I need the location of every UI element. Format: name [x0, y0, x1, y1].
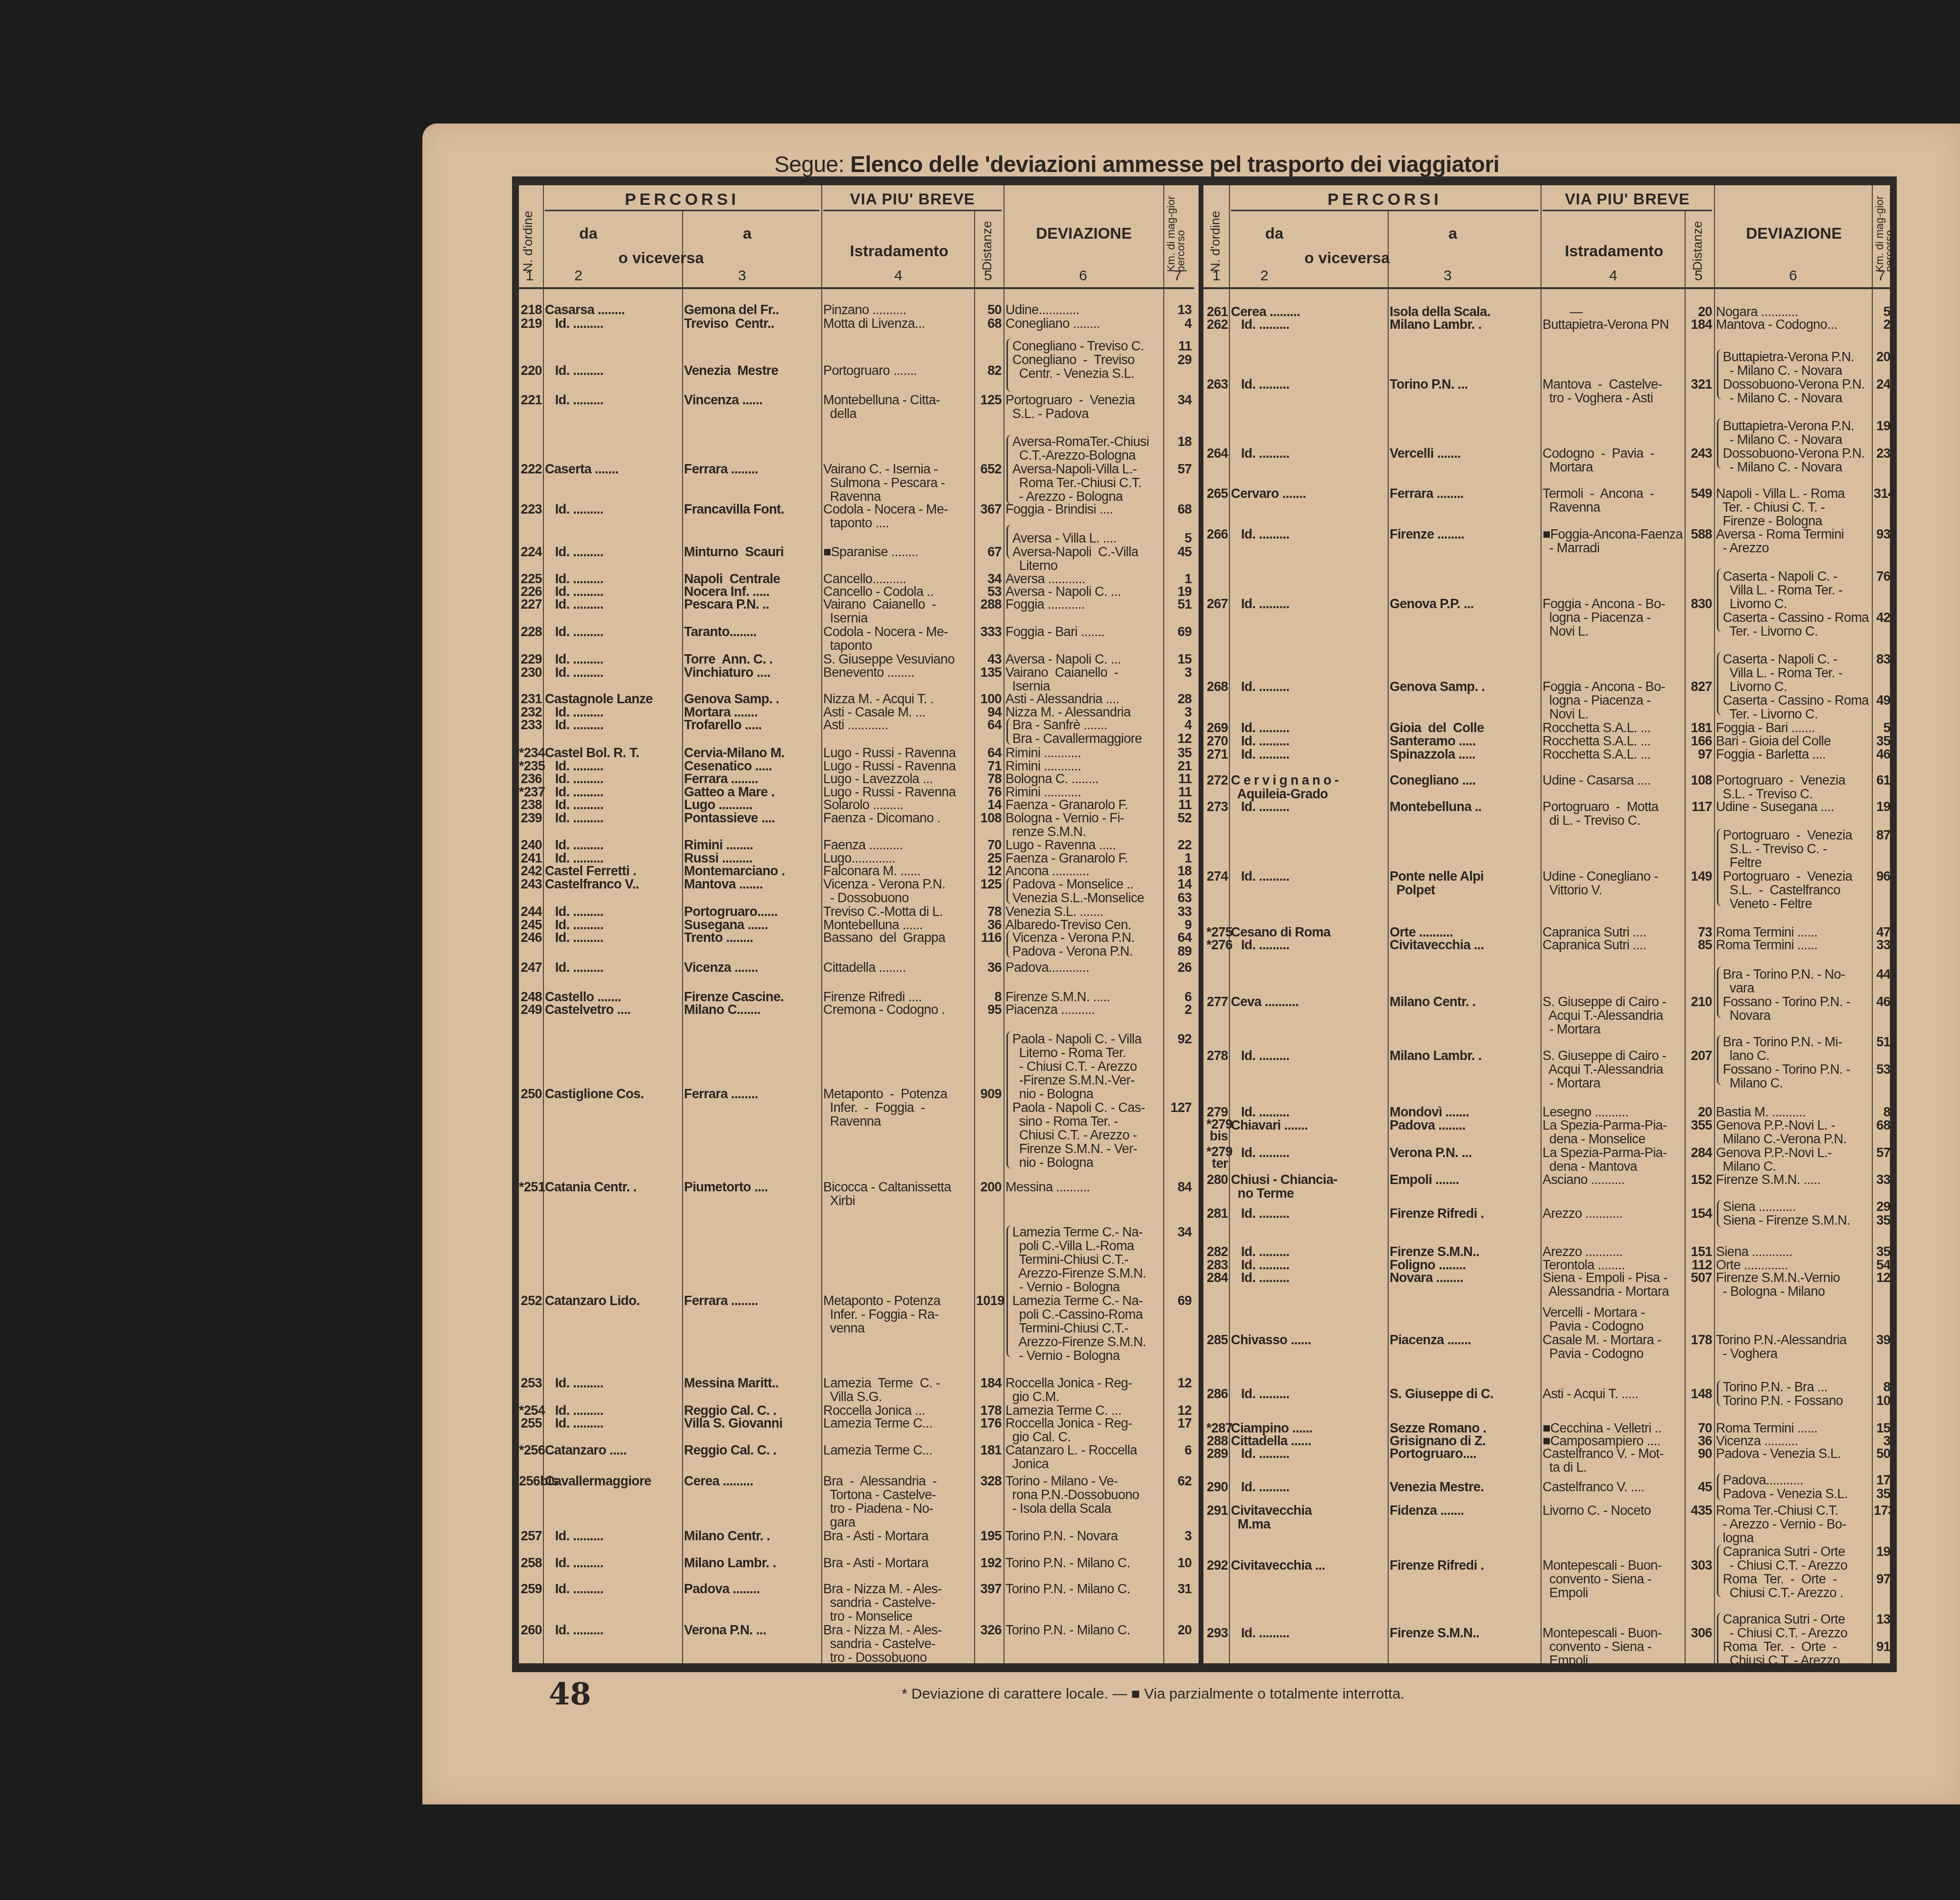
- routing: Lugo - Russi - Ravenna: [823, 785, 975, 799]
- row-number: 239: [519, 811, 542, 825]
- destination-station: Milano Centr. .: [1390, 995, 1539, 1009]
- destination-station: Pescara P.N. ..: [684, 597, 819, 611]
- row-number: 274: [1206, 869, 1228, 883]
- page-title-main: Elenco delle 'deviazioni ammesse pel tra…: [850, 151, 1499, 177]
- deviation-route: Rimini ...........: [1005, 785, 1162, 799]
- deviation-route: Foggia - Bari .......: [1005, 625, 1162, 639]
- routing: Bra - Alessandria - Tortona - Castelve- …: [823, 1474, 975, 1529]
- row-number: 261: [1206, 305, 1228, 319]
- distance-km: 184: [1687, 318, 1712, 331]
- deviation-route: Torino P.N. - Milano C.: [1005, 1556, 1162, 1570]
- left-viabreve-rule: [823, 210, 1002, 211]
- extra-km: 15: [1165, 652, 1192, 666]
- extra-km: 20: [1165, 1623, 1192, 1637]
- right-header-colnum-2: 2: [1260, 268, 1269, 284]
- brace-icon: [1717, 349, 1723, 399]
- routing: Castelfranco V. ....: [1543, 1480, 1686, 1494]
- deviation-route: Bastia M. ..........: [1716, 1105, 1872, 1119]
- deviation-route: Aversa - Roma Termini - Arezzo: [1716, 527, 1872, 555]
- routing: Cancello..........: [823, 572, 975, 586]
- extra-km: 1: [1165, 851, 1192, 865]
- extra-km: 3: [1165, 666, 1192, 679]
- routing: S. Giuseppe di Cairo - Acqui T.-Alessand…: [1543, 1049, 1686, 1090]
- extra-km: 35: [1874, 734, 1890, 748]
- deviation-route: Vairano Caianello - Isernia: [1005, 666, 1162, 693]
- extra-km: 173: [1874, 1504, 1890, 1517]
- origin-station: Id. .........: [545, 652, 681, 666]
- destination-station: Isola della Scala.: [1390, 305, 1539, 319]
- header-rule-left: [519, 287, 1194, 289]
- extra-km: 18: [1165, 864, 1192, 878]
- row-number: 221: [519, 393, 542, 407]
- deviation-route: Foggia - Brindisi ....: [1005, 502, 1162, 516]
- extra-km: 76 42: [1874, 569, 1890, 624]
- extra-km: 15: [1874, 1421, 1890, 1435]
- routing: Cittadella ........: [823, 961, 975, 974]
- distance-km: 108: [1687, 773, 1712, 787]
- routing: Terontola ........: [1543, 1258, 1686, 1272]
- routing: Portogruaro - Motta di L. - Treviso C.: [1543, 800, 1686, 827]
- distance-km: 78: [976, 905, 1002, 918]
- routing: Montepescali - Buon- convento - Siena - …: [1543, 1626, 1686, 1667]
- row-number: 278: [1206, 1049, 1228, 1062]
- deviation-route: Bologna C. ........: [1005, 772, 1162, 786]
- left-header-colnum-4: 4: [894, 268, 903, 284]
- destination-station: Cesenatico .....: [684, 759, 819, 773]
- extra-km: 12: [1165, 1404, 1192, 1417]
- deviation-route: Napoli - Villa L. - Roma Ter. - Chiusi C…: [1716, 487, 1872, 528]
- routing: Solarolo .........: [823, 798, 975, 812]
- deviation-route: Lamezia Terme C. ...: [1005, 1404, 1162, 1417]
- deviation-route: Aversa - Napoli C. ...: [1005, 585, 1162, 598]
- extra-km: 64 89: [1165, 931, 1192, 958]
- left-col-sep-km: [1163, 185, 1164, 1663]
- deviation-route: Nogara ...........: [1716, 305, 1872, 319]
- row-number: 286: [1206, 1387, 1228, 1401]
- origin-station: Cerea .........: [1231, 305, 1387, 319]
- destination-station: Montemarciano .: [684, 864, 819, 878]
- center-divider: [1199, 185, 1203, 1663]
- distance-km: 549: [1687, 487, 1712, 500]
- deviation-route: Capranica Sutri - Orte - Chiusi C.T. - A…: [1723, 1545, 1879, 1600]
- routing: Lugo - Russi - Ravenna: [823, 746, 975, 760]
- left-col-sep-dev: [1004, 185, 1004, 1663]
- deviation-route: Asti - Alessandria ....: [1005, 692, 1162, 706]
- origin-station: Id. .........: [545, 931, 681, 944]
- destination-station: Pontassieve ....: [684, 811, 819, 825]
- origin-station: Id. .........: [545, 1529, 681, 1543]
- extra-km: 12: [1874, 1271, 1890, 1284]
- destination-station: Conegliano ....: [1390, 773, 1539, 787]
- distance-km: 116: [976, 931, 1002, 944]
- brace-icon: [1717, 966, 1723, 1018]
- origin-station: Id. .........: [1231, 1626, 1387, 1640]
- row-number: 218: [519, 303, 542, 317]
- routing: Faenza ..........: [823, 838, 975, 852]
- deviation-route: Roccella Jonica - Reg- gio C.M.: [1005, 1376, 1162, 1404]
- origin-station: Id. .........: [545, 838, 681, 852]
- origin-station: Id. .........: [1231, 1105, 1387, 1119]
- brace-icon: [1006, 718, 1013, 745]
- row-number: 258: [519, 1556, 542, 1570]
- origin-station: Id. .........: [545, 705, 681, 719]
- routing: Udine - Casarsa ....: [1543, 773, 1686, 787]
- routing: Asti ............: [823, 718, 975, 732]
- routing: Bicocca - Caltanissetta Xirbi: [823, 1180, 975, 1208]
- routing: Pinzano ..........: [823, 303, 975, 317]
- distance-km: 178: [976, 1404, 1002, 1417]
- origin-station: Castello .......: [545, 990, 681, 1004]
- routing: Cremona - Codogno .: [823, 1003, 975, 1016]
- origin-station: Id. .........: [545, 625, 681, 639]
- routing: Cancello - Codola ..: [823, 585, 975, 598]
- right-header-colnum-7: 7: [1877, 268, 1886, 284]
- extra-km: 29 35: [1874, 1200, 1890, 1227]
- brace-icon: [1717, 1035, 1723, 1086]
- origin-station: Id. .........: [1231, 318, 1387, 331]
- distance-km: 243: [1687, 446, 1712, 460]
- origin-station: Id. .........: [545, 851, 681, 865]
- row-number: 252: [519, 1294, 542, 1308]
- destination-station: Milano C.......: [684, 1003, 819, 1016]
- extra-km: 57: [1874, 1146, 1890, 1160]
- row-number: 268: [1206, 680, 1228, 693]
- brace-icon: [1717, 1545, 1723, 1598]
- row-number: 271: [1206, 747, 1228, 761]
- row-number: 265: [1206, 487, 1228, 500]
- routing: Montepescali - Buon- convento - Siena - …: [1543, 1558, 1686, 1600]
- extra-km: 50: [1874, 1447, 1890, 1460]
- extra-km: 8: [1874, 1105, 1890, 1119]
- deviation-route: Padova - Venezia S.L.: [1716, 1447, 1872, 1460]
- row-number: 245: [519, 918, 542, 932]
- right-header-a: a: [1448, 224, 1457, 243]
- routing: Asciano ..........: [1543, 1173, 1686, 1186]
- right-col-sep-istr: [1541, 185, 1542, 1663]
- origin-station: Id. .........: [1231, 1258, 1387, 1272]
- distance-km: 36: [1687, 1434, 1712, 1448]
- deviation-route: Paola - Napoli C. - Villa Literno - Roma…: [1012, 1032, 1169, 1169]
- extra-km: 51 53: [1874, 1035, 1890, 1076]
- brace-icon: [1006, 1031, 1013, 1169]
- row-number: 244: [519, 905, 542, 918]
- origin-station: Id. .........: [1231, 1387, 1387, 1401]
- extra-km: 19: [1165, 585, 1192, 598]
- row-number: 231: [519, 692, 542, 706]
- extra-km: 18 57: [1165, 435, 1192, 476]
- right-percorsi-rule: [1231, 210, 1539, 211]
- origin-station: Ceva ..........: [1231, 995, 1387, 1009]
- brace-icon: [1717, 568, 1723, 632]
- deviation-route: Bra - Sanfrè ....... Bra - Cavallermaggi…: [1012, 718, 1169, 745]
- deviation-route: Roma Termini ......: [1716, 1421, 1872, 1435]
- extra-km: 3: [1165, 1529, 1192, 1543]
- routing: Lugo - Lavezzola ...: [823, 772, 975, 786]
- extra-km: 26: [1165, 961, 1192, 974]
- extra-km: 68: [1165, 502, 1192, 516]
- destination-station: Piacenza .......: [1390, 1333, 1539, 1347]
- deviation-route: Siena ........... Siena - Firenze S.M.N.: [1723, 1200, 1879, 1227]
- extra-km: 21: [1165, 759, 1192, 773]
- routing: Benevento ........: [823, 666, 975, 679]
- deviation-route: Bra - Torino P.N. - No- vara Fossano - T…: [1723, 967, 1879, 1022]
- routing: —: [1543, 305, 1686, 319]
- origin-station: Id. .........: [545, 1582, 681, 1596]
- origin-station: Cittadella ......: [1231, 1434, 1387, 1448]
- right-header-percorsi: PERCORSI: [1231, 190, 1539, 209]
- distance-km: 12: [976, 864, 1002, 878]
- deviation-route: Caserta - Napoli C. - Villa L. - Roma Te…: [1723, 569, 1879, 638]
- destination-station: Messina Maritt..: [684, 1376, 819, 1390]
- row-number: 253: [519, 1376, 542, 1390]
- origin-station: Id. .........: [545, 572, 681, 586]
- origin-station: Catanzaro .....: [545, 1443, 681, 1457]
- origin-station: Cervaro .......: [1231, 487, 1387, 500]
- row-number: 289: [1206, 1447, 1228, 1460]
- row-number: *251: [519, 1180, 542, 1194]
- extra-km: 83 49: [1874, 652, 1890, 707]
- destination-station: Nocera Inf. .....: [684, 585, 819, 598]
- extra-km: 3: [1874, 1434, 1890, 1448]
- extra-km: 84: [1165, 1180, 1192, 1194]
- origin-station: Castiglione Cos.: [545, 1087, 681, 1101]
- deviation-route: Faenza - Granarolo F.: [1005, 798, 1162, 812]
- left-col-sep-istr: [821, 185, 822, 1663]
- routing: Capranica Sutri ....: [1543, 925, 1686, 939]
- deviation-route: Padova - Monselice .. Venezia S.L.-Monse…: [1012, 877, 1169, 905]
- extra-km: 6: [1165, 990, 1192, 1004]
- right-header-istradamento: Istradamento: [1543, 242, 1686, 260]
- destination-station: Genova P.P. ...: [1390, 597, 1539, 611]
- routing: La Spezia-Parma-Pia- dena - Mantova: [1543, 1146, 1686, 1173]
- left-percorsi-rule: [545, 210, 819, 211]
- row-number: 288: [1206, 1434, 1228, 1448]
- routing: Asti - Acqui T. .....: [1543, 1387, 1686, 1401]
- distance-km: 70: [976, 838, 1002, 852]
- row-number: 262: [1206, 318, 1228, 331]
- deviation-route: Lamezia Terme C.- Na- poli C.-Villa L.-R…: [1012, 1225, 1169, 1362]
- extra-km: 22: [1165, 838, 1192, 852]
- destination-station: Milano Lambr. .: [1390, 1049, 1539, 1062]
- brace-icon: [1717, 1612, 1723, 1666]
- routing: ■Sparanise ........: [823, 545, 975, 559]
- origin-station: Civitavecchia M.ma: [1231, 1504, 1387, 1531]
- destination-station: Genova Samp. .: [684, 692, 819, 706]
- origin-station: Cesano di Roma: [1231, 925, 1387, 939]
- routing: ■Camposampiero ....: [1543, 1434, 1686, 1448]
- routing: S. Giuseppe di Cairo - Acqui T.-Alessand…: [1543, 995, 1686, 1036]
- row-number: 248: [519, 990, 542, 1004]
- brace-icon: [1006, 435, 1013, 505]
- distance-km: 333: [976, 625, 1002, 639]
- row-number: *287: [1206, 1421, 1228, 1435]
- extra-km: 17 35: [1874, 1473, 1890, 1501]
- deviation-route: Roccella Jonica - Reg- gio Cal. C.: [1005, 1416, 1162, 1444]
- deviation-route: Bari - Gioia del Colle: [1716, 734, 1872, 748]
- extra-km: 12: [1165, 1376, 1192, 1390]
- distance-km: 152: [1687, 1173, 1712, 1186]
- origin-station: Id. .........: [545, 811, 681, 825]
- row-number: 227: [519, 597, 542, 611]
- right-header-deviazione: DEVIAZIONE: [1716, 224, 1872, 243]
- left-header-colnum-5: 5: [984, 268, 992, 284]
- destination-station: Gioia del Colle: [1390, 721, 1539, 735]
- origin-station: Id. .........: [1231, 1207, 1387, 1220]
- destination-station: Spinazzola .....: [1390, 747, 1539, 761]
- brace-icon: [1717, 1200, 1723, 1228]
- deviation-route: Vicenza ..........: [1716, 1434, 1872, 1448]
- distance-km: 303: [1687, 1558, 1712, 1572]
- brace-icon: [1717, 828, 1723, 907]
- origin-station: Id. .........: [1231, 800, 1387, 814]
- left-header-colnum-3: 3: [738, 268, 746, 284]
- extra-km: 34 69: [1165, 1225, 1192, 1308]
- distance-km: 117: [1687, 800, 1712, 814]
- origin-station: Id. .........: [1231, 1447, 1387, 1460]
- extra-km: 5 45: [1165, 531, 1192, 559]
- routing: Termoli - Ancona - Ravenna: [1543, 487, 1686, 514]
- extra-km: 13: [1165, 303, 1192, 317]
- destination-station: Rimini ........: [684, 838, 819, 852]
- routing: Lesegno ..........: [1543, 1105, 1686, 1119]
- deviation-route: Aversa-RomaTer.-Chiusi C.T.-Arezzo-Bolog…: [1012, 435, 1169, 503]
- routing: Vairano Caianello - Isernia: [823, 597, 975, 625]
- deviation-route: Torino P.N. - Milano C.: [1005, 1582, 1162, 1596]
- deviation-route: Nizza M. - Alessandria: [1005, 705, 1162, 719]
- deviation-route: Rimini ...........: [1005, 759, 1162, 773]
- row-number: 290: [1206, 1480, 1228, 1494]
- routing: Rocchetta S.A.L. ...: [1543, 734, 1686, 748]
- row-number: *279 ter: [1206, 1146, 1228, 1169]
- destination-station: Mondovì .......: [1390, 1105, 1539, 1119]
- distance-km: 71: [976, 759, 1002, 773]
- right-header-da: da: [1265, 224, 1283, 243]
- routing: Lamezia Terme C...: [823, 1443, 975, 1457]
- deviation-route: Catanzaro L. - Roccella Jonica: [1005, 1443, 1162, 1471]
- destination-station: Padova ........: [684, 1582, 819, 1596]
- distance-km: 181: [1687, 721, 1712, 735]
- extra-km: 1: [1165, 572, 1192, 586]
- destination-station: Lugo ..........: [684, 798, 819, 812]
- routing: Treviso C.-Motta di L.: [823, 905, 975, 918]
- deviation-route: Firenze S.M.N. .....: [1716, 1173, 1872, 1186]
- extra-km: 19 23: [1874, 419, 1890, 460]
- deviation-route: Buttapietra-Verona P.N. - Milano C. - No…: [1723, 419, 1879, 474]
- routing: Roccella Jonica ...: [823, 1404, 975, 1417]
- row-number: 273: [1206, 800, 1228, 814]
- routing: Mantova - Castelve- tro - Voghera - Asti: [1543, 377, 1686, 405]
- distance-km: 45: [1687, 1480, 1712, 1494]
- origin-station: Id. .........: [1231, 377, 1387, 391]
- left-header-a: a: [743, 224, 752, 243]
- routing: Siena - Empoli - Pisa - Alessandria - Mo…: [1543, 1271, 1686, 1298]
- deviation-route: Bra - Torino P.N. - Mi- lano C. Fossano …: [1723, 1035, 1879, 1090]
- destination-station: Empoli .......: [1390, 1173, 1539, 1186]
- row-number: 266: [1206, 527, 1228, 541]
- destination-station: Trento ........: [684, 931, 819, 944]
- distance-km: 830: [1687, 597, 1712, 611]
- deviation-route: Genova P.P.-Novi L.- Milano C.: [1716, 1146, 1872, 1173]
- row-number: 260: [519, 1623, 542, 1637]
- row-number: *275: [1206, 925, 1228, 939]
- distance-km: 112: [1687, 1258, 1712, 1272]
- routing: Bra - Asti - Mortara: [823, 1529, 975, 1543]
- destination-station: Vicenza .......: [684, 961, 819, 974]
- origin-station: Id. .........: [1231, 597, 1387, 611]
- extra-km: 314: [1874, 487, 1890, 500]
- routing: Metaponto - Potenza Infer. - Foggia - Ra…: [823, 1087, 975, 1128]
- extra-km: 9: [1165, 918, 1192, 932]
- destination-station: Trofarello .....: [684, 718, 819, 732]
- deviation-route: Caserta - Napoli C. - Villa L. - Roma Te…: [1723, 652, 1879, 721]
- distance-km: 90: [1687, 1447, 1712, 1460]
- extra-km: 8 10: [1874, 1380, 1890, 1407]
- distance-km: 909: [976, 1087, 1002, 1101]
- routing: Rocchetta S.A.L. ...: [1543, 747, 1686, 761]
- origin-station: Chiusi - Chiancia- no Terme: [1231, 1173, 1387, 1200]
- distance-km: 321: [1687, 377, 1712, 391]
- row-number: 281: [1206, 1207, 1228, 1220]
- routing: Firenze Rifredi ....: [823, 990, 975, 1004]
- deviation-route: Genova P.P.-Novi L. - Milano C.-Verona P…: [1716, 1118, 1872, 1146]
- distance-km: 125: [976, 393, 1002, 407]
- brace-icon: [1006, 524, 1013, 559]
- deviation-route: Roma Termini ......: [1716, 938, 1872, 952]
- deviation-route: Firenze S.M.N. .....: [1005, 990, 1162, 1004]
- distance-km: 306: [1687, 1626, 1712, 1640]
- deviation-route: Torino P.N. - Milano C.: [1005, 1623, 1162, 1637]
- row-number: *254: [519, 1404, 542, 1417]
- distance-km: 36: [976, 961, 1002, 974]
- page-number: 48: [549, 1676, 591, 1712]
- destination-station: Mortara .......: [684, 705, 819, 719]
- extra-km: 54: [1874, 1258, 1890, 1272]
- brace-icon: [1006, 931, 1013, 958]
- row-number: 283: [1206, 1258, 1228, 1272]
- origin-station: Id. .........: [1231, 1245, 1387, 1258]
- routing: Rocchetta S.A.L. ...: [1543, 721, 1686, 735]
- destination-station: Portogruaro....: [1390, 1447, 1539, 1460]
- extra-km: 11 29: [1165, 339, 1192, 367]
- left-header-deviazione: DEVIAZIONE: [1005, 224, 1162, 243]
- routing: Metaponto - Potenza Infer. - Foggia - Ra…: [823, 1294, 975, 1335]
- brace-icon: [1006, 1225, 1013, 1357]
- distance-km: 154: [1687, 1207, 1712, 1220]
- deviation-route: Firenze S.M.N.-Vernio - Bologna - Milano: [1716, 1271, 1872, 1298]
- row-number: 272: [1206, 773, 1228, 787]
- left-header-via-piu-breve: VIA PIU' BREVE: [823, 190, 1002, 208]
- extra-km: 39: [1874, 1333, 1890, 1347]
- origin-station: Id. .........: [1231, 1146, 1387, 1160]
- routing: Vicenza - Verona P.N. - Dossobuono: [823, 877, 975, 905]
- origin-station: Id. .........: [545, 918, 681, 932]
- distance-km: 149: [1687, 869, 1712, 883]
- destination-station: Ferrara ........: [684, 462, 819, 476]
- distance-km: 135: [976, 666, 1002, 679]
- distance-km: 125: [976, 877, 1002, 891]
- row-number: 247: [519, 961, 542, 974]
- extra-km: 4: [1165, 317, 1192, 330]
- row-number: 256bis: [519, 1474, 542, 1488]
- distance-km: 25: [976, 851, 1002, 865]
- origin-station: Id. .........: [1231, 1271, 1387, 1284]
- deviation-route: Portogruaro - Venezia S.L. - Treviso C.: [1716, 773, 1872, 801]
- deviation-route: Udine - Susegana ....: [1716, 800, 1872, 814]
- origin-station: Id. .........: [545, 961, 681, 974]
- right-header-o-viceversa: o viceversa: [1304, 249, 1390, 267]
- origin-station: Casarsa ........: [545, 303, 681, 317]
- origin-station: Castelfranco V..: [545, 877, 681, 891]
